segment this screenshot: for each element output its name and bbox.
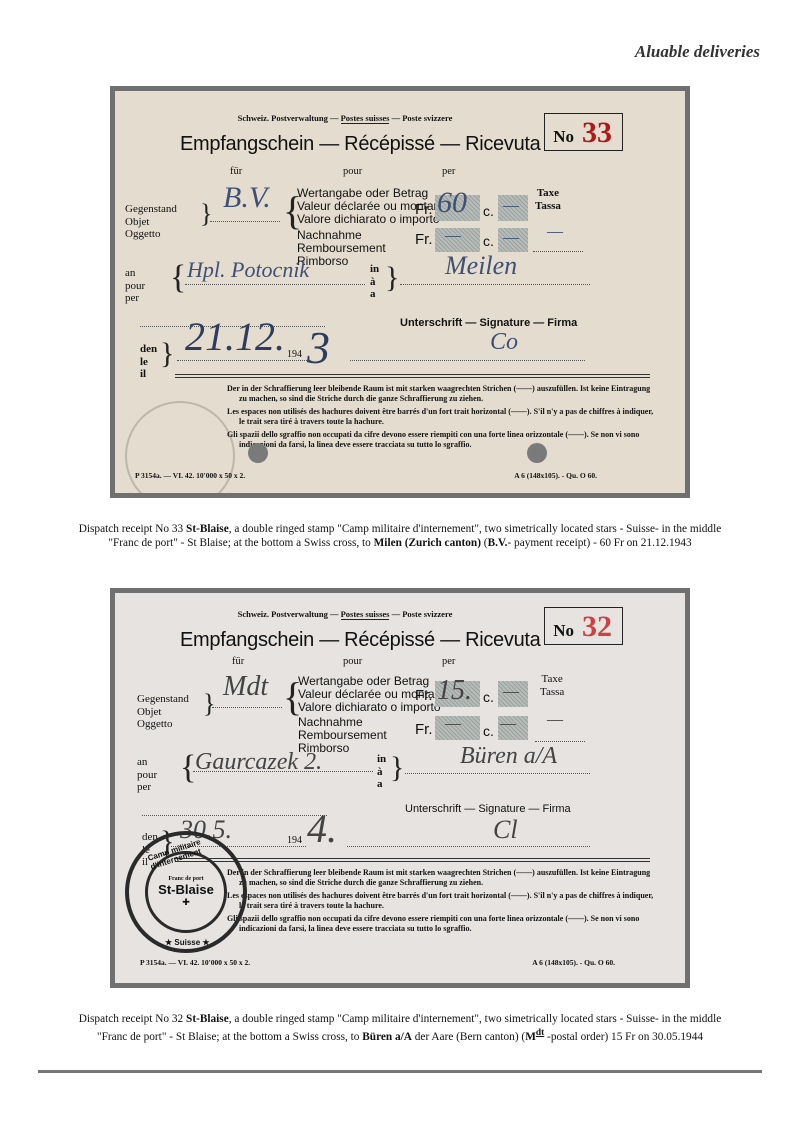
sub-label-per: per	[442, 656, 455, 667]
year-suffix: 4.	[307, 805, 337, 852]
punch-hole	[248, 443, 268, 463]
page-header: Aluable deliveries	[635, 42, 760, 62]
object-labels: GegenstandObjetOggetto	[125, 203, 177, 241]
caption-segment: Milen (Zurich canton)	[374, 537, 481, 549]
caption-segment: St-Blaise	[186, 1013, 229, 1025]
date-value: 21.12.	[185, 313, 285, 360]
punch-hole	[527, 443, 547, 463]
receipt-image-frame: Schweiz. Postverwaltung — Postes suisses…	[110, 86, 690, 498]
caption-segment: Büren a/A	[362, 1031, 412, 1043]
caption-segment: "Franc de port" - St Blaise; at the bott…	[97, 1031, 362, 1043]
caption-receipt-32: Dispatch receipt No 32 St-Blaise, a doub…	[40, 1012, 760, 1044]
sub-label-fur: für	[232, 656, 244, 667]
year-prefix: 194	[287, 349, 302, 362]
year-suffix: 3	[307, 321, 330, 374]
caption-segment: Dispatch receipt No 32	[79, 1013, 186, 1025]
date-labels: denleil	[140, 343, 157, 381]
stamp-ring-bottom: ★ Suisse ★	[165, 938, 210, 947]
sub-label-pour: pour	[343, 166, 362, 177]
sub-label-fur: für	[230, 166, 242, 177]
signature-value: Co	[490, 329, 518, 356]
instruction-notes: Der in der Schraffierung leer bleibende …	[227, 384, 655, 453]
caption-segment: St-Blaise	[186, 523, 229, 535]
form-size: A 6 (148x105). - Qu. O 60.	[532, 958, 615, 967]
sub-label-pour: pour	[343, 656, 362, 667]
receipt-image-frame: Schweiz. Postverwaltung — Postes suisses…	[110, 588, 690, 988]
caption-segment: Dispatch receipt No 33	[79, 523, 186, 535]
caption-segment: B.V.	[488, 537, 508, 549]
receipt-number: 32	[582, 610, 612, 644]
caption-segment: (	[481, 537, 488, 549]
cod-c: —	[503, 227, 519, 248]
place-value: Büren a/A	[460, 743, 557, 770]
object-value: B.V.	[223, 181, 271, 215]
form-code: P 3154a. — VI. 42. 10'000 x 50 x 2.	[135, 471, 245, 480]
instruction-notes: Der in der Schraffierung leer bleibende …	[227, 868, 655, 937]
form-size: A 6 (148x105). - Qu. O 60.	[514, 471, 597, 480]
internment-camp-stamp: Camp militaire d'internement Franc de po…	[125, 831, 247, 953]
cod-fr: —	[445, 713, 461, 734]
stamp-town: St-Blaise	[158, 882, 214, 897]
number-label: No	[553, 621, 574, 641]
signature-label: Unterschrift — Signature — Firma	[405, 803, 571, 816]
caption-segment: der Aare (Bern canton) (	[412, 1031, 525, 1043]
receipt-33: Schweiz. Postverwaltung — Postes suisses…	[115, 91, 685, 493]
receipt-number: 33	[582, 116, 612, 150]
receipt-title: Empfangschein — Récépissé — Ricevuta	[180, 133, 540, 156]
sub-label-per: per	[442, 166, 455, 177]
in-labels: inàa	[370, 263, 379, 301]
value-fr: 60	[437, 186, 467, 220]
fr-label: Fr.	[415, 689, 433, 702]
receipt-number-box: No 32	[544, 607, 623, 645]
caption-segment: dt	[536, 1028, 544, 1038]
c-label: c.	[483, 691, 494, 704]
caption-receipt-33: Dispatch receipt No 33 St-Blaise, a doub…	[40, 522, 760, 550]
form-code: P 3154a. — VI. 42. 10'000 x 50 x 2.	[140, 958, 250, 967]
receipt-number-box: No 33	[544, 113, 623, 151]
caption-segment: M	[525, 1031, 536, 1043]
caption-segment: "Franc de port" - St Blaise; at the bott…	[108, 537, 373, 549]
place-value: Meilen	[445, 251, 517, 281]
object-labels: GegenstandObjetOggetto	[137, 693, 189, 731]
to-labels: anpourper	[137, 756, 157, 794]
caption-segment: - payment receipt) - 60 Fr on 21.12.1943	[507, 537, 691, 549]
value-c: —	[503, 681, 519, 702]
tax-value: —	[547, 221, 563, 242]
in-labels: inàa	[377, 753, 386, 791]
tax-labels: TaxeTassa	[535, 187, 561, 212]
fr-label: Fr.	[415, 203, 433, 216]
signature-value: Cl	[493, 815, 518, 845]
c-label: c.	[483, 205, 494, 218]
tax-value: —	[547, 709, 563, 730]
signature-label: Unterschrift — Signature — Firma	[400, 317, 577, 330]
receipt-title: Empfangschein — Récépissé — Ricevuta	[180, 629, 540, 652]
value-fr: 15.	[437, 675, 472, 707]
cod-c: —	[500, 713, 516, 734]
recipient-value: Hpl. Potocnik	[187, 257, 309, 283]
cod-fr: —	[445, 225, 461, 246]
object-value: Mdt	[223, 671, 268, 703]
tax-labels: TaxeTassa	[540, 673, 564, 698]
year-prefix: 194	[287, 835, 302, 848]
page-bottom-rule	[38, 1070, 762, 1073]
caption-segment: -postal order) 15 Fr on 30.05.1944	[544, 1031, 703, 1043]
value-c: —	[503, 195, 519, 216]
caption-segment: , a double ringed stamp "Camp militaire …	[229, 523, 722, 535]
to-labels: anpourper	[125, 267, 145, 305]
number-label: No	[553, 127, 574, 147]
caption-segment: , a double ringed stamp "Camp militaire …	[229, 1013, 722, 1025]
receipt-32: Schweiz. Postverwaltung — Postes suisses…	[115, 593, 685, 983]
swiss-cross-icon: ✚	[182, 897, 190, 908]
